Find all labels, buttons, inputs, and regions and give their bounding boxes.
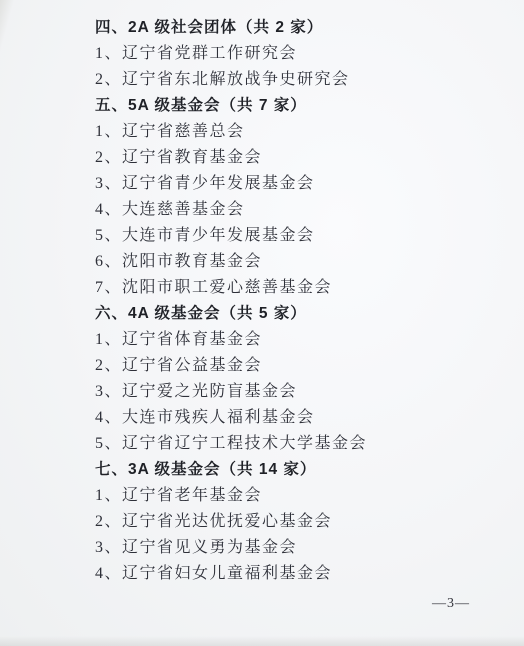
list-item: 4、辽宁省妇女儿童福利基金会 [95, 561, 367, 587]
list-item: 1、辽宁省慈善总会 [95, 119, 367, 145]
list-item: 2、辽宁省教育基金会 [95, 145, 367, 171]
list-item: 1、辽宁省老年基金会 [95, 483, 367, 509]
list-item: 4、大连市残疾人福利基金会 [95, 405, 367, 431]
section-heading: 六、4A 级基金会（共 5 家） [95, 301, 367, 327]
section-heading: 四、2A 级社会团体（共 2 家） [95, 15, 367, 41]
page-number: —3— [432, 596, 470, 612]
document-content: 四、2A 级社会团体（共 2 家） 1、辽宁省党群工作研究会 2、辽宁省东北解放… [95, 15, 367, 587]
list-item: 4、大连慈善基金会 [95, 197, 367, 223]
list-item: 2、辽宁省公益基金会 [95, 353, 367, 379]
list-item: 1、辽宁省体育基金会 [95, 327, 367, 353]
section-heading: 五、5A 级基金会（共 7 家） [95, 93, 367, 119]
list-item: 7、沈阳市职工爱心慈善基金会 [95, 275, 367, 301]
list-item: 3、辽宁省见义勇为基金会 [95, 535, 367, 561]
list-item: 2、辽宁省光达优抚爱心基金会 [95, 509, 367, 535]
list-item: 2、辽宁省东北解放战争史研究会 [95, 67, 367, 93]
list-item: 3、辽宁爱之光防盲基金会 [95, 379, 367, 405]
list-item: 3、辽宁省青少年发展基金会 [95, 171, 367, 197]
scanned-document-page: 四、2A 级社会团体（共 2 家） 1、辽宁省党群工作研究会 2、辽宁省东北解放… [0, 0, 524, 646]
list-item: 5、辽宁省辽宁工程技术大学基金会 [95, 431, 367, 457]
list-item: 1、辽宁省党群工作研究会 [95, 41, 367, 67]
section-heading: 七、3A 级基金会（共 14 家） [95, 457, 367, 483]
list-item: 5、大连市青少年发展基金会 [95, 223, 367, 249]
list-item: 6、沈阳市教育基金会 [95, 249, 367, 275]
